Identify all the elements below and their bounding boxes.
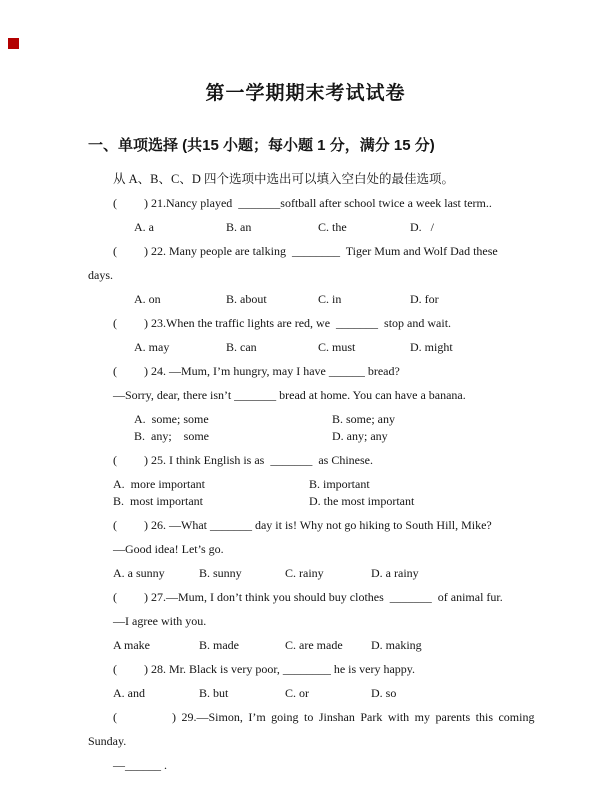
text-line: 从 A、B、C、D 四个选项中选出可以填入空白处的最佳选项。 xyxy=(113,172,561,186)
option-item: D. the most important xyxy=(309,494,414,508)
option-item: C. the xyxy=(318,220,410,234)
text-line: ( ) 28. Mr. Black is very poor, ________… xyxy=(113,662,561,676)
option-item: B. an xyxy=(226,220,318,234)
page-title: 第一学期期末考试试卷 xyxy=(0,84,611,104)
option-item: D. any; any xyxy=(332,429,388,443)
option-item: C. rainy xyxy=(285,566,371,580)
text-line: days. xyxy=(88,268,561,282)
text-line: ( ) 29.—Simon, I’m going to Jinshan Park… xyxy=(113,710,561,724)
section-heading: 一、单项选择 (共15 小题；每小题 1 分，满分 15 分) xyxy=(88,136,561,156)
option-item: B. can xyxy=(226,340,318,354)
text-line: —______ . xyxy=(113,758,561,772)
exam-paper-page: 第一学期期末考试试卷 一、单项选择 (共15 小题；每小题 1 分，满分 15 … xyxy=(0,0,611,800)
text-line: ( ) 27.—Mum, I don’t think you should bu… xyxy=(113,590,561,604)
text-line: ( ) 26. —What _______ day it is! Why not… xyxy=(113,518,561,532)
text-line: —I agree with you. xyxy=(113,614,561,628)
option-item: B. sunny xyxy=(199,566,285,580)
options-row: A makeB. madeC. are madeD. making xyxy=(113,638,561,652)
option-item: B. most important xyxy=(113,494,309,508)
option-item: D. a rainy xyxy=(371,566,419,580)
option-item: A. a sunny xyxy=(113,566,199,580)
option-item: D. making xyxy=(371,638,422,652)
text-line: ( ) 24. —Mum, I’m hungry, may I have ___… xyxy=(113,364,561,378)
option-item: A. on xyxy=(134,292,226,306)
option-item: A make xyxy=(113,638,199,652)
option-item: B. made xyxy=(199,638,285,652)
options-row: B. any; someD. any; any xyxy=(134,429,561,443)
options-row: A. more importantB. important xyxy=(113,477,561,491)
option-item: D. might xyxy=(410,340,453,354)
question-list: 从 A、B、C、D 四个选项中选出可以填入空白处的最佳选项。( ) 21.Nan… xyxy=(88,172,561,772)
text-line: ( ) 25. I think English is as _______ as… xyxy=(113,453,561,467)
option-item: D. for xyxy=(410,292,439,306)
text-line: ( ) 23.When the traffic lights are red, … xyxy=(113,316,561,330)
text-line: —Sorry, dear, there isn’t _______ bread … xyxy=(113,388,561,402)
option-item: B. but xyxy=(199,686,285,700)
options-row: A. aB. anC. theD. / xyxy=(134,220,561,234)
option-item: A. a xyxy=(134,220,226,234)
text-line: —Good idea! Let’s go. xyxy=(113,542,561,556)
text-line: ( ) 21.Nancy played _______softball afte… xyxy=(113,196,561,210)
option-item: A. may xyxy=(134,340,226,354)
text-line: Sunday. xyxy=(88,734,561,748)
option-item: B. about xyxy=(226,292,318,306)
options-row: A. a sunnyB. sunnyC. rainyD. a rainy xyxy=(113,566,561,580)
options-row: A. onB. aboutC. inD. for xyxy=(134,292,561,306)
option-item: D. so xyxy=(371,686,396,700)
option-item: B. some; any xyxy=(332,412,395,426)
options-row: A. mayB. canC. mustD. might xyxy=(134,340,561,354)
option-item: C. are made xyxy=(285,638,371,652)
option-item: B. any; some xyxy=(134,429,332,443)
option-item: D. / xyxy=(410,220,434,234)
option-item: C. or xyxy=(285,686,371,700)
options-row: B. most importantD. the most important xyxy=(113,494,561,508)
option-item: B. important xyxy=(309,477,370,491)
options-row: A. some; someB. some; any xyxy=(134,412,561,426)
red-corner-marker xyxy=(8,38,19,49)
option-item: C. must xyxy=(318,340,410,354)
text-line: ( ) 22. Many people are talking ________… xyxy=(113,244,561,258)
options-row: A. andB. butC. orD. so xyxy=(113,686,561,700)
option-item: A. and xyxy=(113,686,199,700)
option-item: A. some; some xyxy=(134,412,332,426)
option-item: C. in xyxy=(318,292,410,306)
option-item: A. more important xyxy=(113,477,309,491)
